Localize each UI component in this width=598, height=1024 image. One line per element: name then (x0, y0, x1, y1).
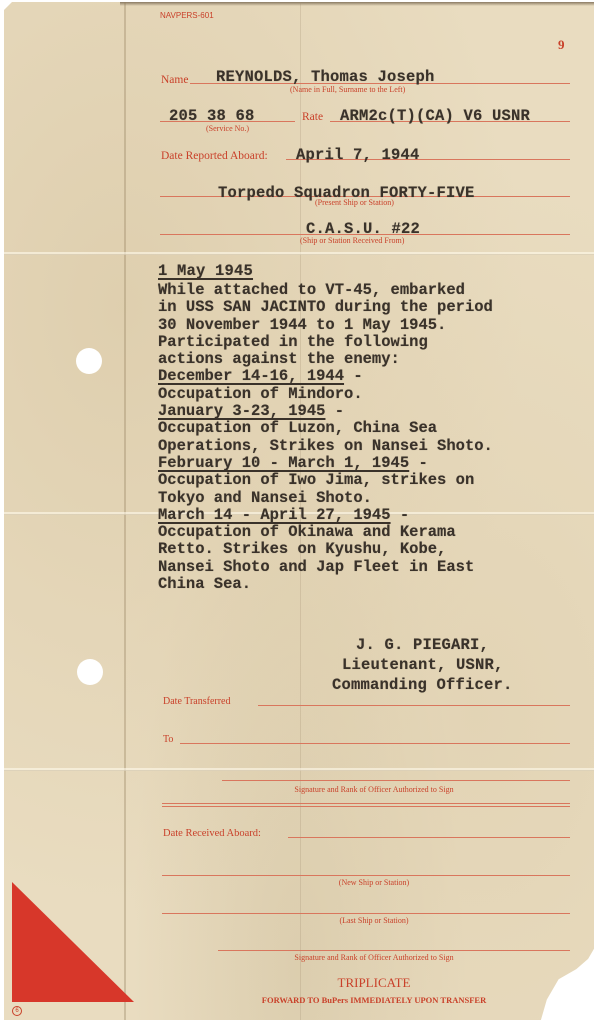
to-label: To (163, 734, 173, 745)
punch-hole-top (76, 348, 102, 374)
rate-value: ARM2c(T)(CA) V6 USNR (340, 107, 530, 125)
corner-mark: 6 (12, 1006, 22, 1016)
date-reported-label: Date Reported Aboard: (161, 150, 268, 162)
date-reported-value: April 7, 1944 (296, 146, 420, 164)
entry-line: While attached to VT-45, embarked (158, 282, 493, 299)
name-label: Name (161, 74, 188, 86)
paper-top-edge (120, 2, 594, 6)
entry-line: Operations, Strikes on Nansei Shoto. (158, 438, 493, 455)
page-number: 9 (558, 37, 565, 53)
forward-instruction: FORWARD TO BuPers IMMEDIATELY UPON TRANS… (150, 995, 598, 1005)
present-station-hint: (Present Ship or Station) (315, 198, 394, 207)
signature-line-1[interactable] (222, 780, 570, 781)
date-transferred-line[interactable] (258, 705, 570, 706)
entry-line: Occupation of Luzon, China Sea (158, 420, 493, 437)
horizontal-fold-3 (4, 768, 594, 771)
name-hint: (Name in Full, Surname to the Left) (290, 85, 405, 94)
last-ship-hint: (Last Ship or Station) (150, 916, 598, 925)
entry-action-date: February 10 - March 1, 1945 - (158, 455, 493, 472)
entry-action-date: January 3-23, 1945 - (158, 403, 493, 420)
entry-action-date: December 14-16, 1944 - (158, 368, 493, 385)
signature-name: J. G. PIEGARI, (356, 636, 489, 654)
vertical-fold (124, 2, 126, 1020)
date-received-label: Date Received Aboard: (163, 828, 261, 839)
signature-rank: Lieutenant, USNR, (342, 656, 504, 674)
entry-line: Occupation of Mindoro. (158, 386, 493, 403)
new-ship-line[interactable] (162, 875, 570, 876)
entry-line: 30 November 1944 to 1 May 1945. (158, 317, 493, 334)
copy-type: TRIPLICATE (150, 975, 598, 991)
entry-action-date: March 14 - April 27, 1945 - (158, 507, 493, 524)
entry-line: Occupation of Okinawa and Kerama (158, 524, 493, 541)
received-from-hint: (Ship or Station Received From) (300, 236, 404, 245)
new-ship-hint: (New Ship or Station) (150, 878, 598, 887)
red-corner-triangle (12, 882, 134, 1002)
entry-line: Occupation of Iwo Jima, strikes on (158, 472, 493, 489)
form-number: NAVPERS-601 (160, 11, 214, 20)
to-line[interactable] (180, 743, 570, 744)
entry-date: 1 May 1945 (158, 262, 253, 280)
date-transferred-label: Date Transferred (163, 696, 230, 707)
rate-label: Rate (302, 111, 323, 123)
double-rule-top (162, 803, 570, 804)
entry-line: Participated in the following (158, 334, 493, 351)
double-rule-bottom (162, 806, 570, 807)
entry-line: Retto. Strikes on Kyushu, Kobe, (158, 541, 493, 558)
signature-title: Commanding Officer. (332, 676, 513, 694)
service-no-hint: (Service No.) (206, 124, 249, 133)
entry-line: China Sea. (158, 576, 493, 593)
entry-line: Nansei Shoto and Jap Fleet in East (158, 559, 493, 576)
last-ship-line[interactable] (162, 913, 570, 914)
signature-line-2[interactable] (218, 950, 570, 951)
name-value: REYNOLDS, Thomas Joseph (216, 68, 435, 86)
service-no-value: 205 38 68 (169, 107, 255, 125)
horizontal-fold-1 (4, 252, 594, 255)
date-received-line[interactable] (288, 837, 570, 838)
punch-hole-bottom (77, 659, 103, 685)
signature-hint-1: Signature and Rank of Officer Authorized… (150, 785, 598, 794)
signature-hint-2: Signature and Rank of Officer Authorized… (150, 953, 598, 962)
entry-line: Tokyo and Nansei Shoto. (158, 490, 493, 507)
entry-body: While attached to VT-45, embarked in USS… (158, 282, 493, 593)
entry-line: actions against the enemy: (158, 351, 493, 368)
entry-line: in USS SAN JACINTO during the period (158, 299, 493, 316)
